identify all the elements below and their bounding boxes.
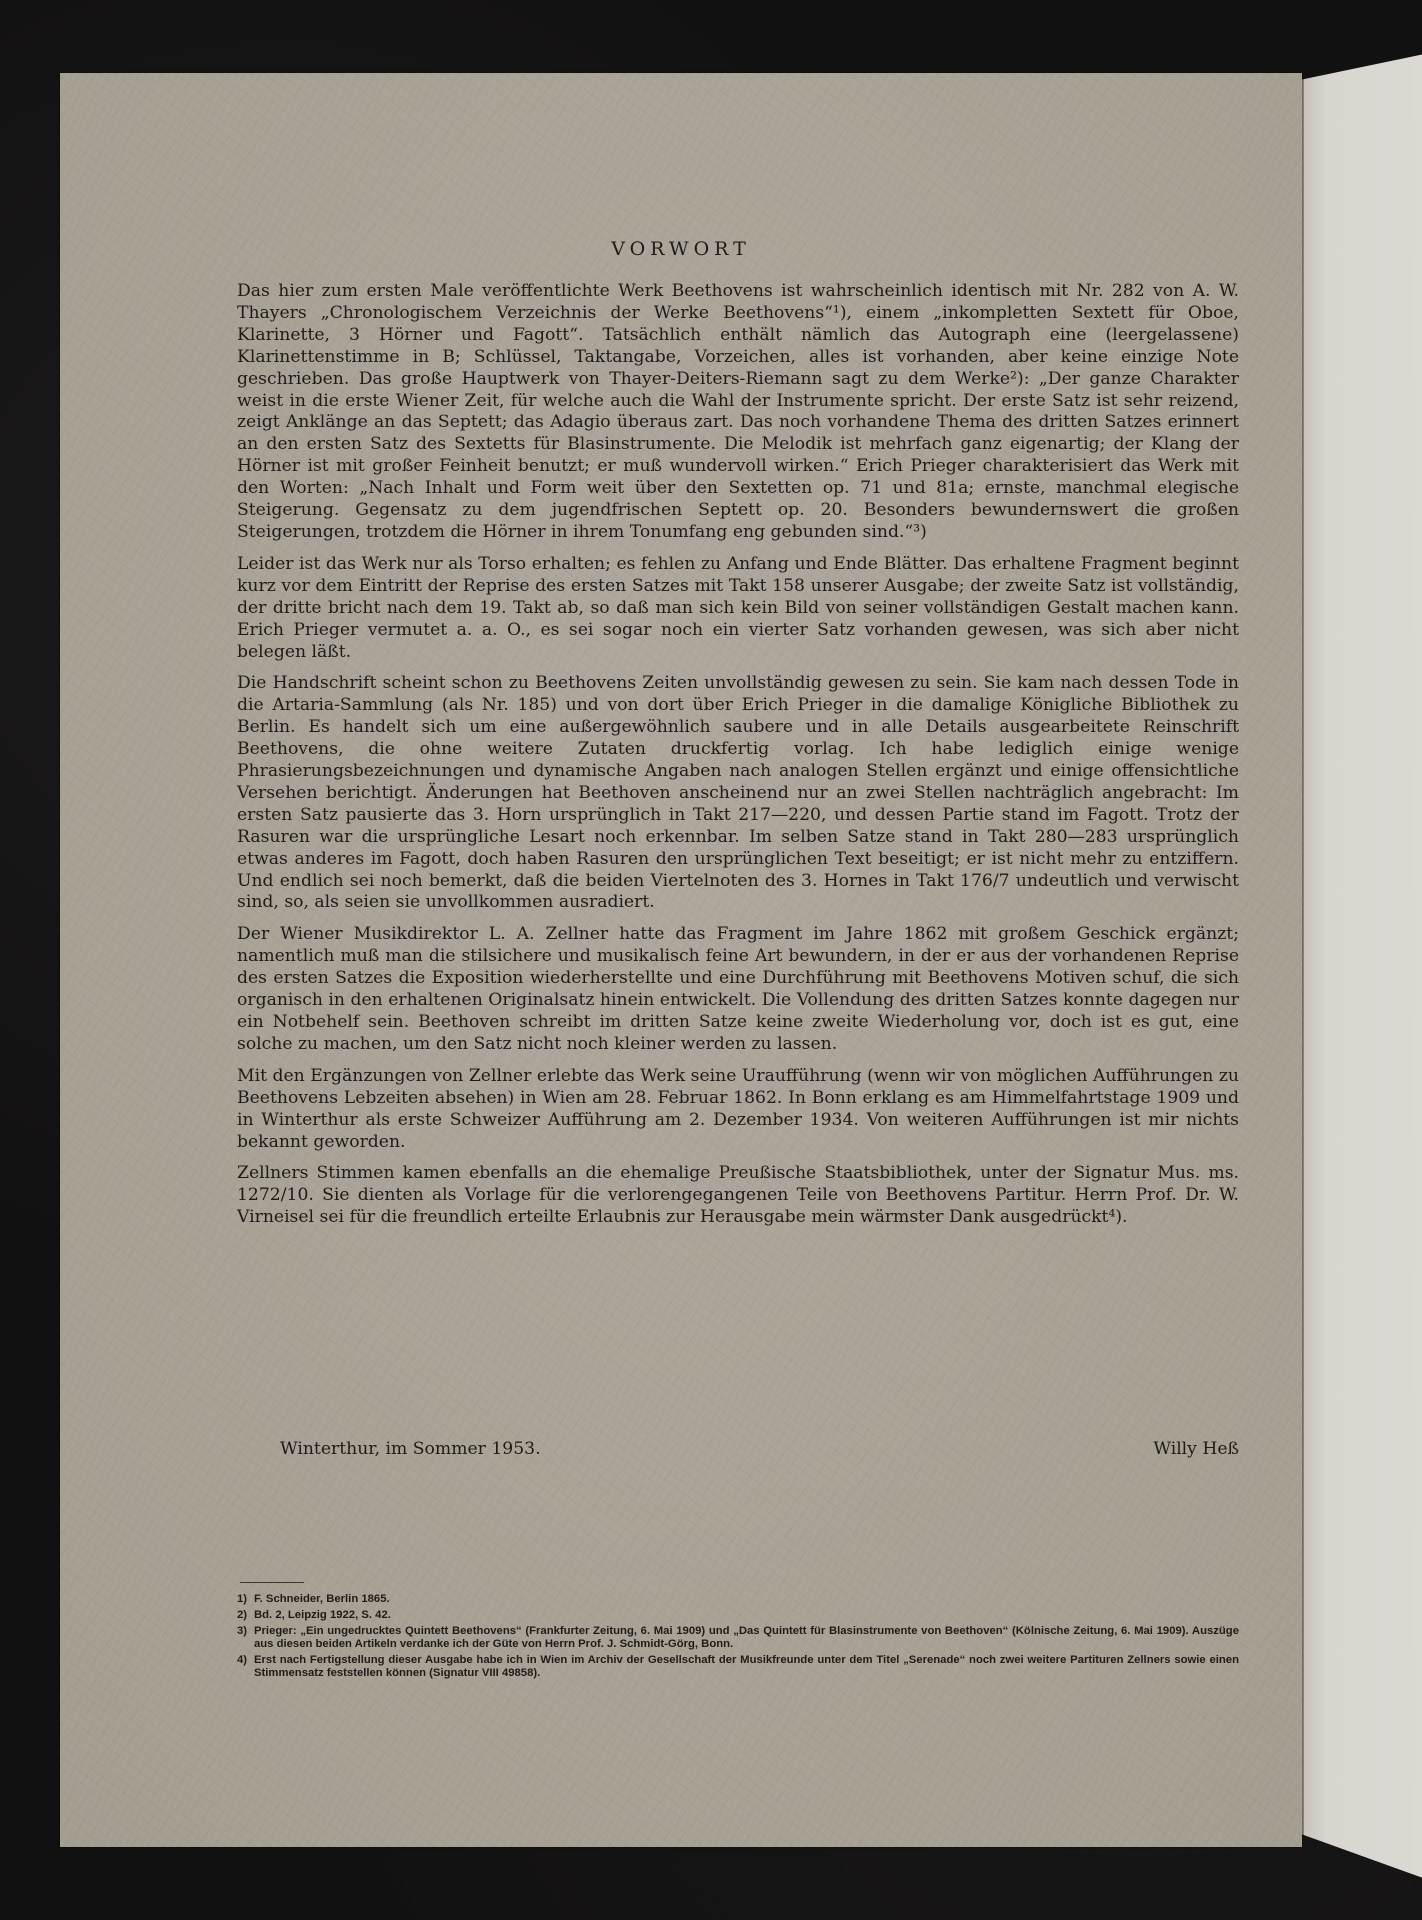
footnote-number: 1) [237, 1593, 254, 1606]
footnote-text: Prieger: „Ein ungedrucktes Quintett Beet… [254, 1625, 1239, 1651]
paragraph: Mit den Ergänzungen von Zellner erlebte … [237, 1066, 1239, 1154]
footnote: 3) Prieger: „Ein ungedrucktes Quintett B… [237, 1625, 1239, 1651]
paragraph: Das hier zum ersten Male veröffentlichte… [237, 281, 1239, 544]
footnote-text: F. Schneider, Berlin 1865. [254, 1593, 1239, 1606]
footnote-text: Erst nach Fertigstellung dieser Ausgabe … [254, 1654, 1239, 1680]
paragraph: Zellners Stimmen kamen ebenfalls an die … [237, 1163, 1239, 1229]
author-name: Willy Heß [1153, 1439, 1239, 1459]
footnote: 4) Erst nach Fertigstellung dieser Ausga… [237, 1654, 1239, 1680]
footnote-divider [240, 1582, 304, 1583]
footnote-number: 3) [237, 1625, 254, 1651]
page-title: VORWORT [60, 238, 1302, 260]
footnote-number: 4) [237, 1654, 254, 1680]
paragraph: Die Handschrift scheint schon zu Beethov… [237, 673, 1239, 914]
footnote: 1) F. Schneider, Berlin 1865. [237, 1593, 1239, 1606]
paragraph: Der Wiener Musikdirektor L. A. Zellner h… [237, 924, 1239, 1055]
document-page: VORWORT Das hier zum ersten Male veröffe… [60, 73, 1302, 1847]
place-date: Winterthur, im Sommer 1953. [237, 1439, 541, 1459]
footnote: 2) Bd. 2, Leipzig 1922, S. 42. [237, 1609, 1239, 1622]
footnote-text: Bd. 2, Leipzig 1922, S. 42. [254, 1609, 1239, 1622]
paragraph: Leider ist das Werk nur als Torso erhalt… [237, 554, 1239, 664]
footnotes: 1) F. Schneider, Berlin 1865. 2) Bd. 2, … [237, 1593, 1239, 1683]
footnote-number: 2) [237, 1609, 254, 1622]
preface-body: Das hier zum ersten Male veröffentlichte… [237, 281, 1239, 1229]
adjacent-page-edge [1302, 52, 1422, 1882]
signature-line: Winterthur, im Sommer 1953. Willy Heß [237, 1439, 1239, 1459]
